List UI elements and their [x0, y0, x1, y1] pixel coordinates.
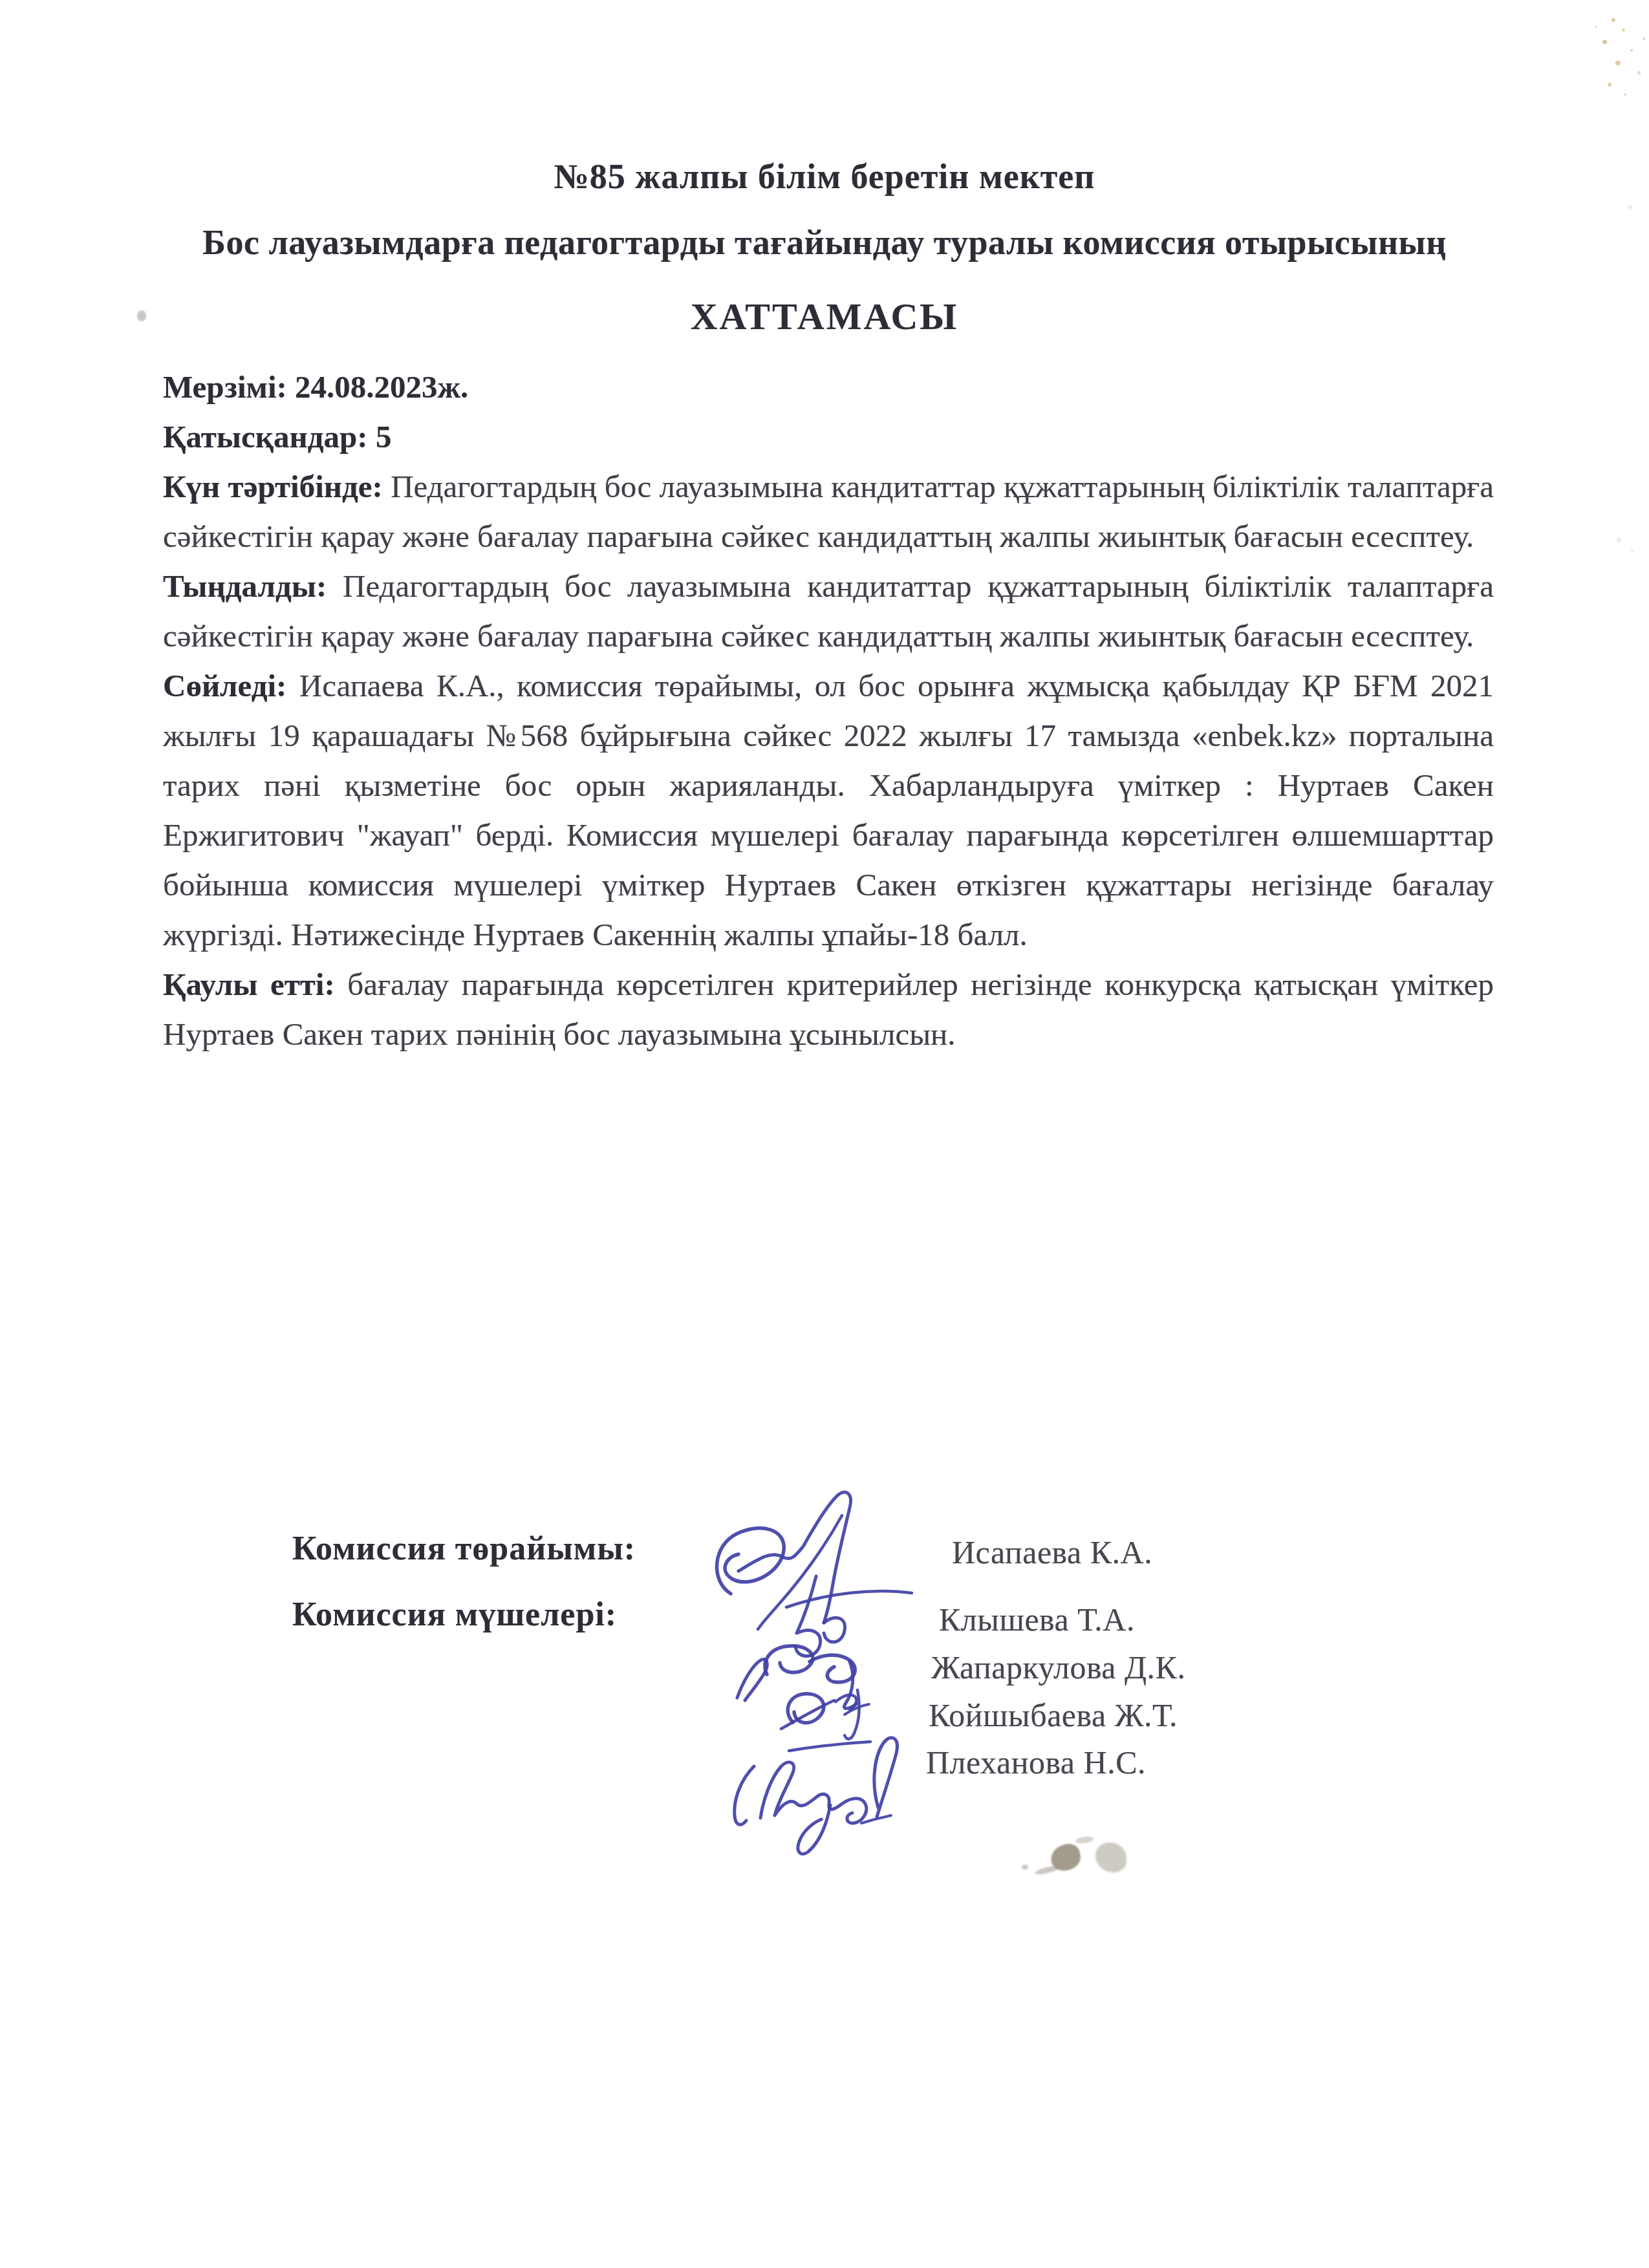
signature-isapaeva	[717, 1492, 850, 1642]
paragraph-agenda: Күн тәртібінде: Педагогтардың бос лауазы…	[163, 462, 1494, 561]
ink-smudge	[1048, 1842, 1083, 1874]
paper-speckle	[1611, 18, 1615, 22]
paper-speckle	[1595, 26, 1597, 28]
paper-speckle	[1617, 538, 1621, 542]
paper-speckle	[1615, 61, 1621, 65]
paragraph-resolved-text: бағалау парағында көрсетілген критерийле…	[163, 967, 1494, 1052]
document-body: Мерзімі: 24.08.2023ж. Қатысқандар: 5 Күн…	[163, 362, 1494, 1059]
paper-speckle	[1643, 37, 1645, 40]
paper-speckle	[1637, 71, 1641, 74]
date-value: 24.08.2023ж.	[287, 369, 469, 405]
participants-line: Қатысқандар: 5	[163, 412, 1494, 462]
paper-speckle	[1602, 40, 1607, 44]
paper-speckle	[1624, 93, 1626, 96]
participants-value: 5	[368, 419, 392, 455]
signature-plekhanova	[735, 1738, 898, 1854]
signature-koishybaeva	[781, 1690, 869, 1739]
ink-smudge	[1035, 1864, 1061, 1876]
paragraph-spoke: Сөйледі: Исапаева К.А., комиссия төрайым…	[163, 661, 1494, 959]
signatures-ink-column	[634, 1474, 996, 1875]
paragraph-heard: Тыңдалды: Педагогтардың бос лауазымына к…	[163, 561, 1494, 661]
paragraph-heard-label: Тыңдалды:	[163, 568, 327, 604]
ink-smudge	[1095, 1843, 1126, 1872]
participants-label: Қатысқандар:	[163, 419, 368, 455]
paper-speckle	[1630, 49, 1633, 52]
paragraph-resolved-label: Қаулы етті:	[163, 967, 335, 1002]
school-title: №85 жалпы білім беретін мектеп	[0, 156, 1649, 197]
paragraph-resolved: Қаулы етті: бағалау парағында көрсетілге…	[163, 959, 1494, 1059]
ink-smudge	[1075, 1835, 1094, 1845]
paragraph-agenda-label: Күн тәртібінде:	[163, 469, 383, 504]
meeting-title: Бос лауазымдарға педагогтарды тағайындау…	[78, 222, 1571, 262]
signature-klysheva	[786, 1576, 912, 1656]
paragraph-heard-text: Педагогтардың бос лауазымына кандитаттар…	[163, 568, 1494, 654]
paragraph-spoke-text: Исапаева К.А., комиссия төрайымы, ол бос…	[163, 668, 1494, 952]
paragraph-spoke-label: Сөйледі:	[163, 668, 286, 703]
protocol-title: ХАТТАМАСЫ	[0, 295, 1649, 338]
paper-speckle	[1631, 550, 1634, 553]
members-label: Комиссия мүшелері:	[292, 1596, 617, 1634]
paper-speckle	[1608, 83, 1611, 87]
chair-label: Комиссия төрайымы:	[292, 1530, 636, 1568]
paper-speckle	[1628, 206, 1632, 209]
scanned-protocol-document: №85 жалпы білім беретін мектеп Бос лауаз…	[0, 0, 1649, 2268]
date-label: Мерзімі:	[163, 369, 287, 405]
ink-smudge	[1022, 1865, 1028, 1870]
paper-speckle	[1622, 28, 1625, 32]
date-line: Мерзімі: 24.08.2023ж.	[163, 362, 1494, 412]
